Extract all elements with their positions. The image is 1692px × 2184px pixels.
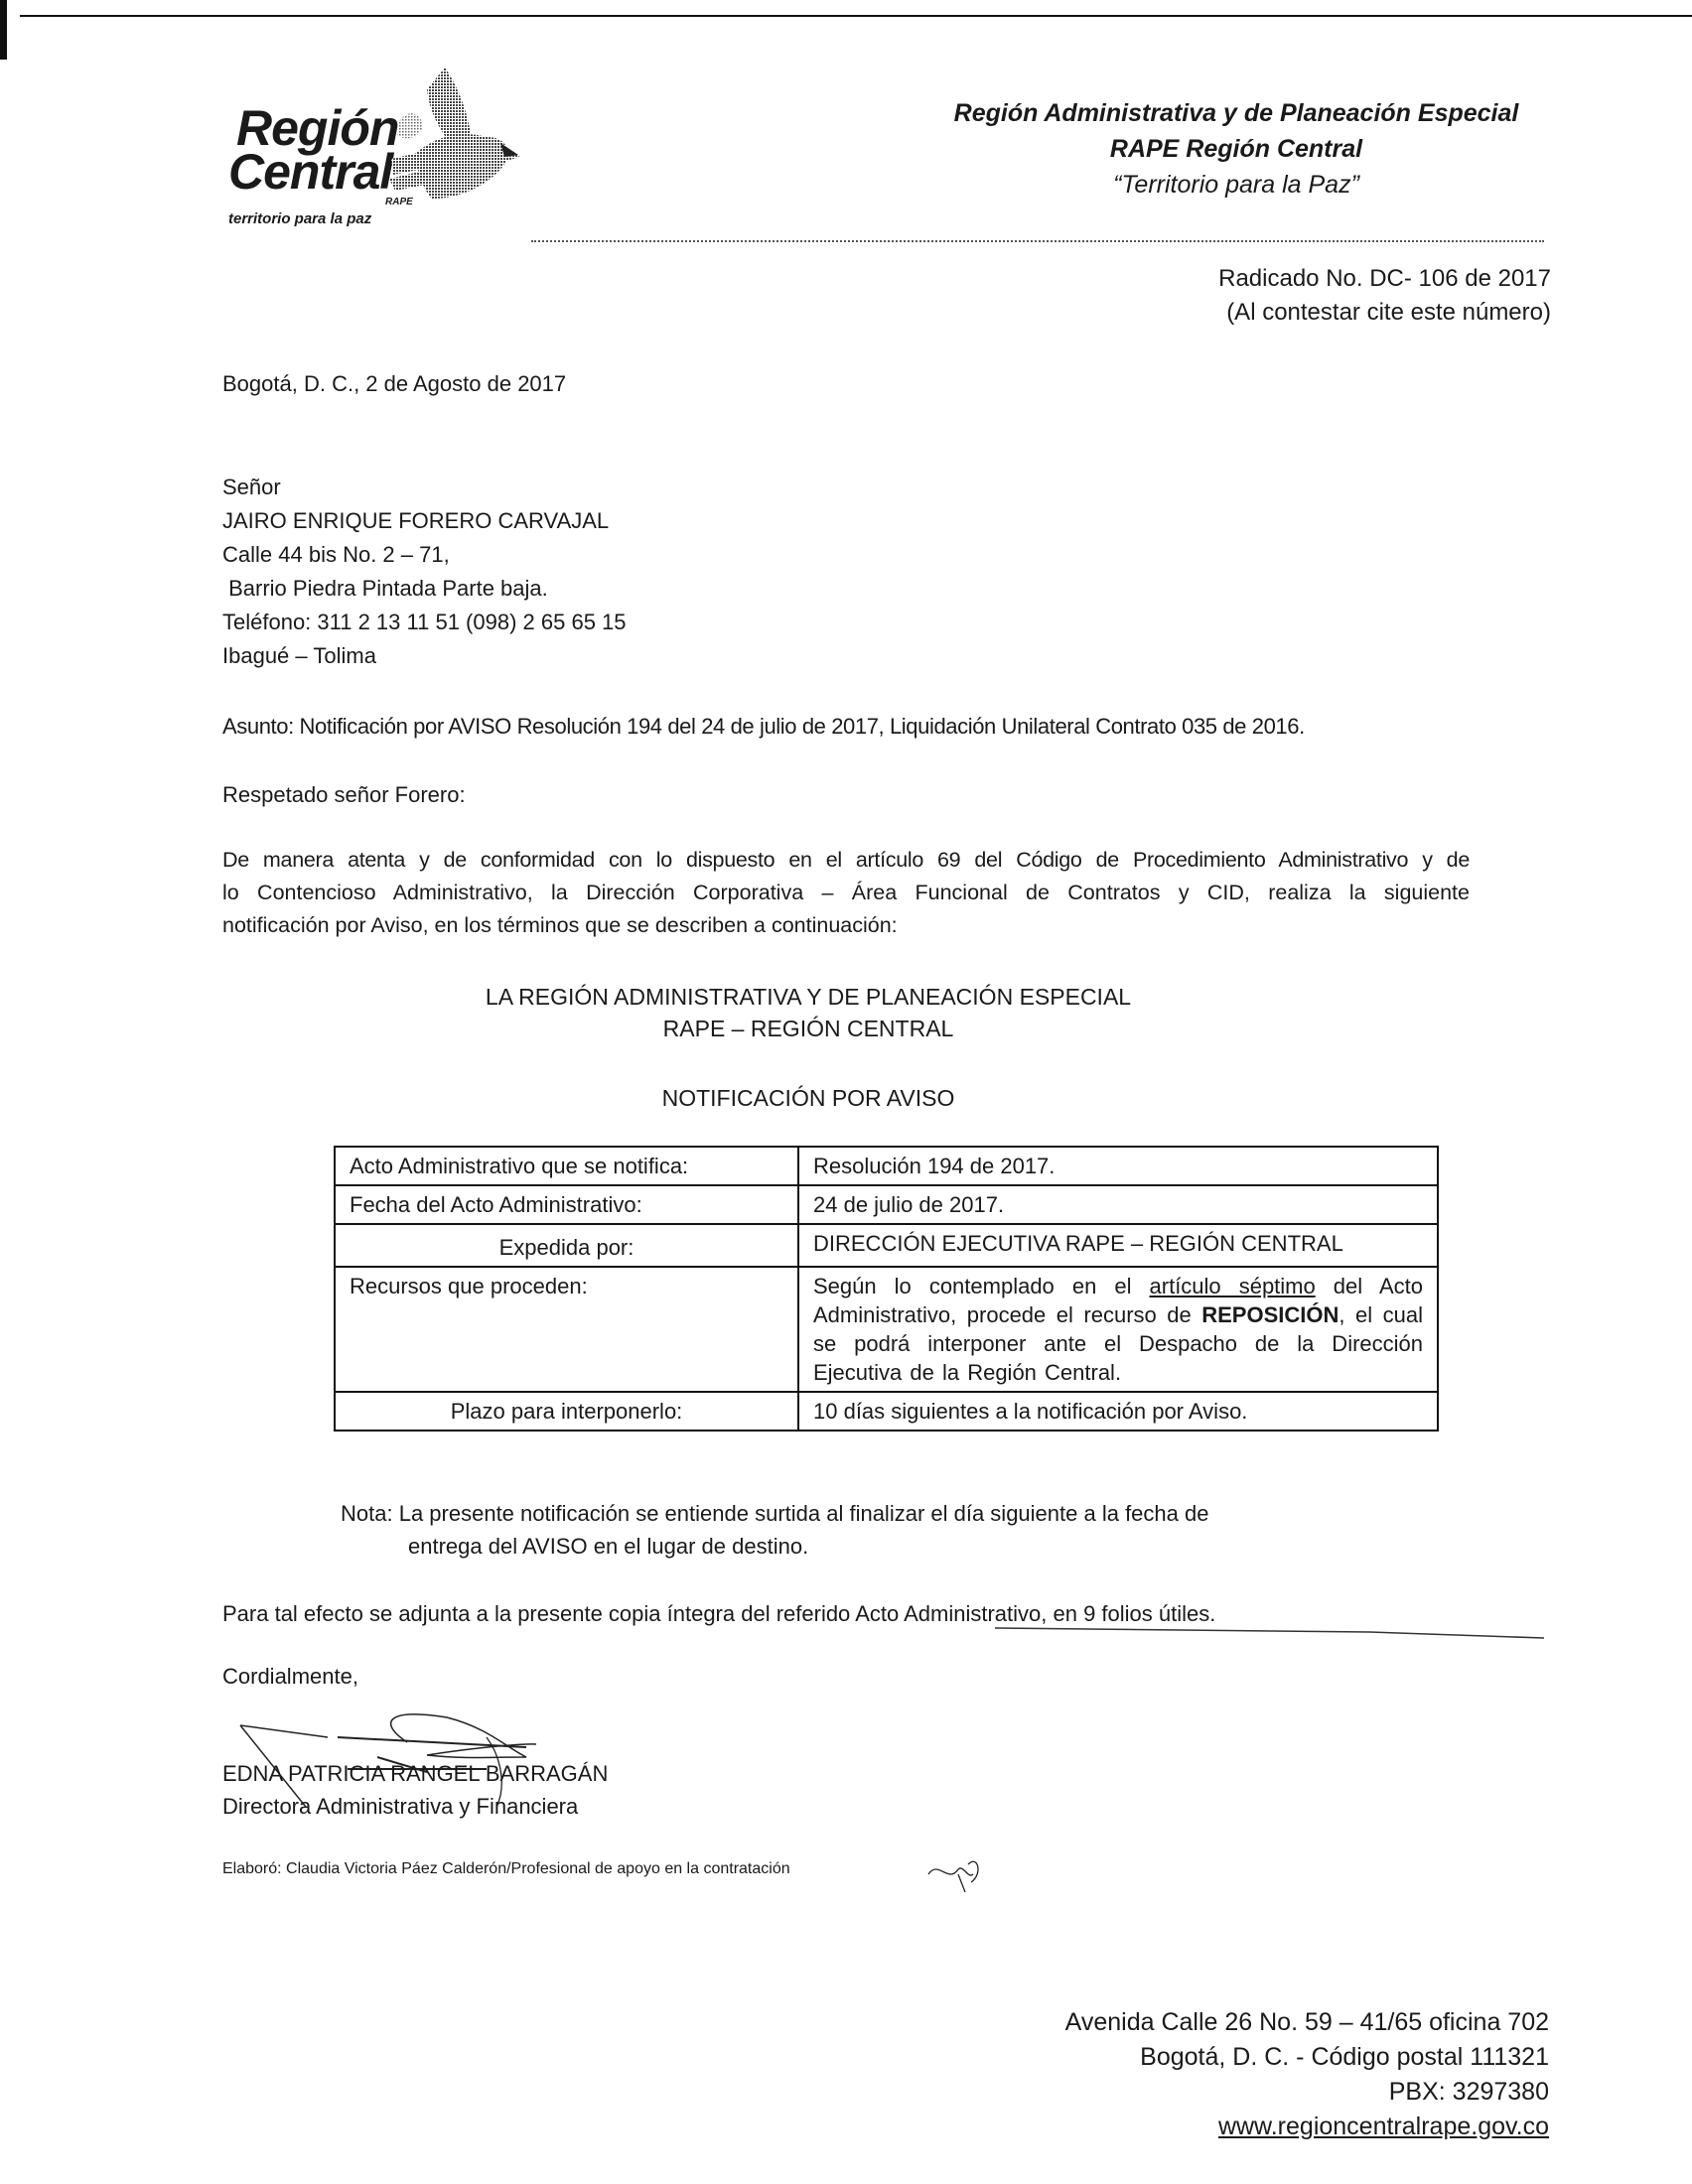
body-line-2: lo Contencioso Administrativo, la Direcc… (222, 877, 1470, 909)
table-value-recursos: Según lo contemplado en el artículo sépt… (798, 1267, 1438, 1392)
closing: Cordialmente, (222, 1663, 358, 1691)
recipient-salutation-title: Señor (222, 471, 627, 504)
table-row: Recursos que proceden: Según lo contempl… (335, 1267, 1438, 1392)
radicado-number: Radicado No. DC- 106 de 2017 (1218, 262, 1551, 296)
footer-address: Avenida Calle 26 No. 59 – 41/65 oficina … (1065, 2005, 1549, 2040)
notification-table: Acto Administrativo que se notifica: Res… (334, 1146, 1439, 1432)
recursos-text-pre: Según lo contemplado en el (813, 1274, 1150, 1298)
prepared-by: Elaboró: Claudia Victoria Páez Calderón/… (222, 1858, 790, 1880)
table-row: Expedida por: DIRECCIÓN EJECUTIVA RAPE –… (335, 1224, 1438, 1267)
recipient-phone: Teléfono: 311 2 13 11 51 (098) 2 65 65 1… (222, 606, 627, 639)
header-line-1: Región Administrativa y de Planeación Es… (914, 95, 1559, 131)
footer-city: Bogotá, D. C. - Código postal 111321 (1065, 2040, 1549, 2075)
table-value: 10 días siguientes a la notificación por… (798, 1392, 1438, 1431)
header-line-3: “Territorio para la Paz” (914, 167, 1559, 203)
dove-icon (387, 60, 526, 204)
recursos-text-bold: REPOSICIÓN (1201, 1302, 1339, 1327)
recipient-address-2: Barrio Piedra Pintada Parte baja. (222, 572, 627, 606)
recursos-text-underlined: artículo séptimo (1150, 1274, 1316, 1298)
letter-date: Bogotá, D. C., 2 de Agosto de 2017 (222, 370, 566, 398)
table-label: Recursos que proceden: (335, 1267, 798, 1392)
nota-line-1: La presente notificación se entiende sur… (399, 1501, 1209, 1526)
signer-title: Directora Administrativa y Financiera (222, 1790, 608, 1823)
table-value: 24 de julio de 2017. (798, 1185, 1438, 1224)
body-paragraph: De manera atenta y de conformidad con lo… (222, 844, 1470, 942)
nota-line-2: entrega del AVISO en el lugar de destino… (341, 1530, 1373, 1563)
initials-scribble (923, 1854, 1003, 1894)
footer-contact: Avenida Calle 26 No. 59 – 41/65 oficina … (1065, 2005, 1549, 2144)
recipient-address-1: Calle 44 bis No. 2 – 71, (222, 538, 627, 572)
attachment-line: Para tal efecto se adjunta a la presente… (222, 1600, 1215, 1628)
radicado-block: Radicado No. DC- 106 de 2017 (Al contest… (1218, 262, 1551, 330)
scan-border-left (0, 0, 7, 60)
table-label: Expedida por: (335, 1224, 798, 1267)
recipient-block: Señor JAIRO ENRIQUE FORERO CARVAJAL Call… (222, 471, 627, 673)
institution-header: Región Administrativa y de Planeación Es… (914, 95, 1559, 203)
footer-phone: PBX: 3297380 (1065, 2075, 1549, 2110)
body-line-1: De manera atenta y de conformidad con lo… (222, 844, 1470, 877)
header-rule (531, 240, 1544, 242)
table-label: Fecha del Acto Administrativo: (335, 1185, 798, 1224)
greeting: Respetado señor Forero: (222, 781, 466, 809)
body-line-3: notificación por Aviso, en los términos … (222, 909, 1470, 942)
signer-name: EDNA PATRICIA RANGEL BARRAGÁN (222, 1757, 608, 1790)
logo-tagline: territorio para la paz (228, 210, 371, 227)
footer-website-link[interactable]: www.regioncentralrape.gov.co (1218, 2113, 1549, 2140)
table-label: Acto Administrativo que se notifica: (335, 1147, 798, 1185)
table-label: Plazo para interponerlo: (335, 1392, 798, 1431)
signer-block: EDNA PATRICIA RANGEL BARRAGÁN Directora … (222, 1757, 608, 1823)
scan-border-top (20, 15, 1692, 17)
logo-word-central: Central (228, 147, 392, 197)
table-row: Plazo para interponerlo: 10 días siguien… (335, 1392, 1438, 1431)
table-value: Resolución 194 de 2017. (798, 1147, 1438, 1185)
recipient-city: Ibagué – Tolima (222, 639, 627, 673)
nota-label: Nota: (341, 1501, 393, 1526)
subject-line: Asunto: Notificación por AVISO Resolució… (222, 713, 1305, 741)
nota-block: Nota: La presente notificación se entien… (341, 1497, 1373, 1563)
center-heading-line-1: LA REGIÓN ADMINISTRATIVA Y DE PLANEACIÓN… (0, 981, 1654, 1013)
logo: Región Central RAPE territorio para la p… (228, 60, 546, 228)
table-row: Acto Administrativo que se notifica: Res… (335, 1147, 1438, 1185)
center-heading-line-2: RAPE – REGIÓN CENTRAL (0, 1013, 1654, 1044)
pen-underline-mark (993, 1626, 1549, 1646)
radicado-note: (Al contestar cite este número) (1218, 296, 1551, 330)
center-heading: LA REGIÓN ADMINISTRATIVA Y DE PLANEACIÓN… (0, 981, 1654, 1044)
recipient-name: JAIRO ENRIQUE FORERO CARVAJAL (222, 504, 627, 538)
header-line-2: RAPE Región Central (914, 131, 1559, 167)
notification-title: NOTIFICACIÓN POR AVISO (0, 1082, 1654, 1114)
table-row: Fecha del Acto Administrativo: 24 de jul… (335, 1185, 1438, 1224)
table-value: DIRECCIÓN EJECUTIVA RAPE – REGIÓN CENTRA… (798, 1224, 1438, 1267)
